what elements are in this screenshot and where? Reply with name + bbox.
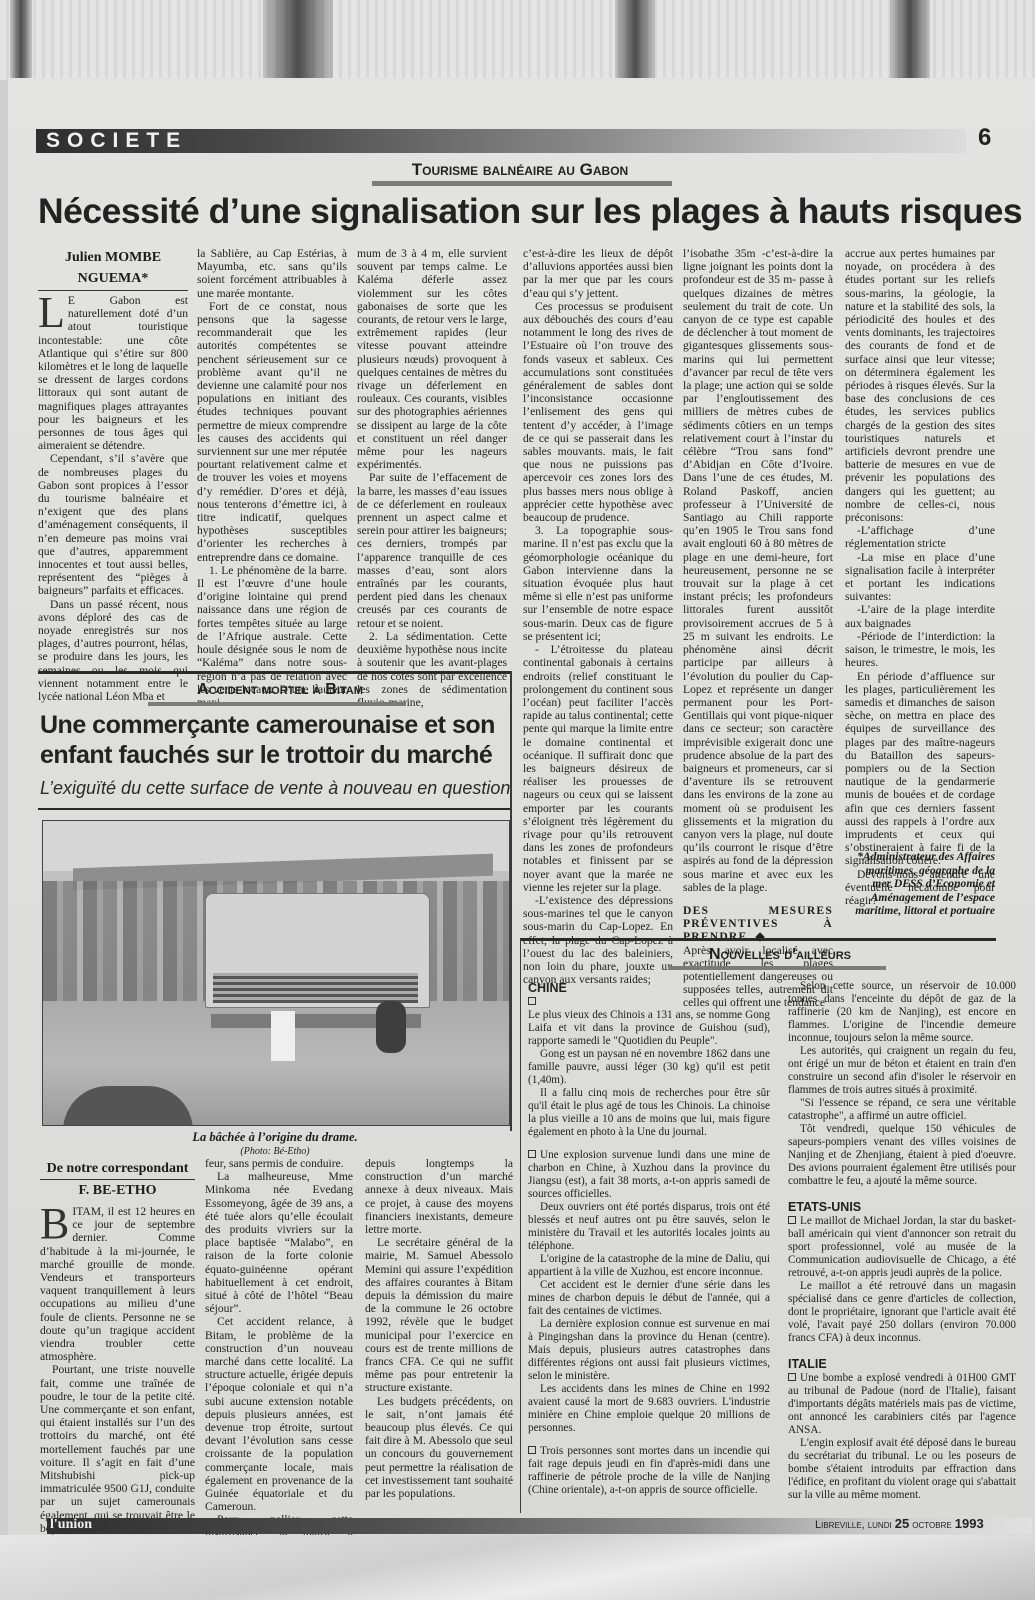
kicker-underline [148, 702, 406, 706]
article2-author: F. BE-ETHO [40, 1180, 195, 1201]
article2-column-2: feur, sans permis de conduire. La malheu… [205, 1157, 353, 1512]
paragraph: Fort de ce constat, nous pensons que la … [197, 300, 347, 564]
scan-stripe [263, 0, 333, 78]
paragraph: l’isobathe 35m -c’est-à-dire la ligne jo… [683, 247, 833, 894]
date-day-number: 25 [895, 1516, 909, 1531]
page-number: 6 [978, 124, 991, 152]
photo-top-rule [38, 808, 510, 810]
article1-column-1: LE Gabon est naturellement doté d’un ato… [38, 294, 188, 659]
article1-column-2: la Sablière, au Cap Estérias, à Mayumba,… [197, 247, 347, 662]
article1-column-5: l’isobathe 35m -c’est-à-dire la ligne jo… [683, 247, 833, 937]
paragraph: -La mise en place d’une signalisation fa… [845, 551, 995, 604]
paragraph: La malheureuse, Mme Minkoma née Evedang … [205, 1170, 353, 1315]
paragraph: LE Gabon est naturellement doté d’un ato… [38, 294, 188, 452]
article2-headline: Une commerçante camerounaise et son enfa… [40, 710, 495, 770]
issue-date: Libreville, lundi 25 octobre 1993 [815, 1516, 984, 1531]
checkbox-bullet-icon [528, 1150, 536, 1158]
paragraph: Le plus vieux des Chinois a 131 ans, se … [528, 1009, 770, 1048]
paragraph: 3. La topographie sous-marine. Il n’est … [523, 524, 673, 643]
article2-subheadline: L’exiguïté du cette surface de vente à n… [40, 778, 510, 799]
paragraph-text: Trois personnes sont mortes dans un ince… [528, 1445, 770, 1496]
news-country-usa: ETATS-UNIS [788, 1200, 1016, 1215]
news-item: Le maillot de Michael Jordan, la star du… [788, 1215, 1016, 1280]
paragraph: mum de 3 à 4 m, elle survient souvent pa… [357, 247, 507, 471]
date-year: 1993 [955, 1516, 984, 1531]
news-item: Une bombe a explosé vendredi à 01H00 GMT… [788, 1372, 1016, 1437]
paragraph: -Période de l’interdiction: la saison, l… [845, 630, 995, 670]
paragraph: L'engin explosif avait été déposé dans l… [788, 1437, 1016, 1502]
paragraph: accrue aux pertes humaines par noyade, o… [845, 247, 995, 524]
checkbox-bullet-icon [528, 997, 536, 1005]
news-column-1: CHINE Le plus vieux des Chinois a 131 an… [528, 975, 770, 1515]
checkbox-bullet-icon [788, 1373, 796, 1381]
paragraph: La dernière explosion connue est survenu… [528, 1318, 770, 1383]
paragraph: Le maillot a été retrouvé dans un magasi… [788, 1280, 1016, 1345]
paragraph: feur, sans permis de conduire. [205, 1157, 353, 1170]
paragraph: "Si l'essence se répand, ce sera une vér… [788, 1097, 1016, 1123]
paragraph: Cet accident relance, à Bitam, le problè… [205, 1315, 353, 1513]
photo-credit: (Photo: Bé-Etho) [180, 1146, 370, 1157]
paragraph: Cependant, s’il s’avère que de nombreuse… [38, 452, 188, 597]
photo-caption: La bâchée à l’origine du drame. [150, 1130, 400, 1145]
section-title: SOCIETE [46, 129, 187, 153]
paragraph: En période d’affluence sur les plages, p… [845, 670, 995, 868]
paragraph: Ces processus se produisent aux débouché… [523, 300, 673, 524]
paragraph: Le secrétaire général de la mairie, M. S… [365, 1236, 513, 1394]
byline-line-1: De notre correspondant [40, 1158, 195, 1179]
checkbox-bullet-icon [788, 1216, 796, 1224]
paragraph: Les accidents dans les mines de Chine en… [528, 1383, 770, 1435]
scan-stripe [10, 0, 32, 78]
paragraph-text: Une explosion survenue lundi dans une mi… [528, 1149, 770, 1200]
scanner-backdrop-bottom [0, 1535, 1035, 1600]
kicker-underline [372, 181, 672, 186]
kicker-underline [668, 966, 886, 970]
article2-column-1: BITAM, il est 12 heures en ce jour de se… [40, 1205, 195, 1510]
photo-debris [63, 1086, 193, 1126]
news-item: Trois personnes sont mortes dans un ince… [528, 1445, 770, 1497]
paragraph: c’est-à-dire les lieux de dépôt d’alluvi… [523, 247, 673, 300]
paragraph: -L’affichage d’une réglementation strict… [845, 524, 995, 550]
paragraph: depuis longtemps la construction d’un ma… [365, 1157, 513, 1236]
photo-truck-wheel [376, 1001, 406, 1053]
paragraph-text: Une bombe a explosé vendredi à 01H00 GMT… [788, 1372, 1016, 1436]
paragraph: la Sablière, au Cap Estérias, à Mayumba,… [197, 247, 347, 300]
paragraph: Gong est un paysan né en novembre 1862 d… [528, 1048, 770, 1087]
article2-column-3: depuis longtemps la construction d’un ma… [365, 1157, 513, 1512]
date-place-day: Libreville, lundi [815, 1519, 892, 1531]
paragraph: Selon cette source, un réservoir de 10.0… [788, 980, 1016, 1045]
scan-stripe [615, 0, 655, 78]
scanner-backdrop-top [0, 0, 1035, 80]
date-month: octobre [912, 1519, 951, 1531]
paragraph-text: Le maillot de Michael Jordan, la star du… [788, 1215, 1016, 1279]
news-kicker: Nouvelles d'ailleurs [650, 946, 910, 964]
paragraph: Cet accident est le dernier d'une série … [528, 1279, 770, 1318]
article1-author: Julien MOMBE NGUEMA* [38, 247, 188, 289]
paragraph: - L’étroitesse du plateau continental ga… [523, 643, 673, 894]
news-item: Une explosion survenue lundi dans une mi… [528, 1149, 770, 1201]
paragraph: Tôt vendredi, quelque 150 véhicules de s… [788, 1123, 1016, 1188]
news-left-rule [520, 938, 521, 1513]
author-first-line: Julien MOMBE [38, 247, 188, 268]
paragraph: Deux ouvriers ont été portés disparus, t… [528, 1201, 770, 1253]
photo-truck-grille [213, 973, 418, 1003]
article2-byline: De notre correspondant [40, 1158, 195, 1179]
headline-line-1: Une commerçante camerounaise et son [40, 710, 495, 740]
news-item [528, 996, 770, 1009]
article1-column-4: c’est-à-dire les lieux de dépôt d’alluvi… [523, 247, 673, 937]
paragraph: -L’aire de la plage interdite aux baigna… [845, 603, 995, 629]
article1-headline: Nécessité d’une signalisation sur les pl… [38, 188, 1022, 234]
news-country-italy: ITALIE [788, 1357, 1016, 1372]
article1-column-6: accrue aux pertes humaines par noyade, o… [845, 247, 995, 827]
paragraph: Les budgets précédents, on le sait, n’on… [365, 1395, 513, 1501]
drop-cap: B [40, 1206, 69, 1242]
author-second-line: NGUEMA* [38, 268, 188, 289]
article2-right-rule [510, 671, 512, 1131]
article2-kicker: Accident mortel à Bitam [140, 681, 420, 699]
drop-cap: L [38, 295, 65, 331]
author-signature: *Administrateur des Affaires maritimes, … [855, 850, 995, 918]
paragraph: Pourtant, une triste nouvelle fait, comm… [40, 1363, 195, 1535]
newspaper-logo: l'union [50, 1517, 92, 1533]
paragraph: Par suite de l’effacement de la barre, l… [357, 471, 507, 629]
paragraph: L'origine de la catastrophe de la mine d… [528, 1253, 770, 1279]
news-country-china: CHINE [528, 981, 770, 996]
article1-column-3: mum de 3 à 4 m, elle survient souvent pa… [357, 247, 507, 662]
headline-line-2: enfant fauchés sur le trottoir du marché [40, 740, 495, 770]
photo-pickup-truck-crowd-icon [42, 820, 510, 1126]
photo-cloth [271, 1011, 295, 1061]
paragraph: BITAM, il est 12 heures en ce jour de se… [40, 1205, 195, 1363]
checkbox-bullet-icon [528, 1446, 536, 1454]
scan-stripe [890, 0, 930, 78]
news-top-rule [520, 938, 996, 941]
article1-kicker: Tourisme balnéaire au Gabon [330, 160, 710, 180]
paragraph: Les autorités, qui craignent un regain d… [788, 1045, 1016, 1097]
news-column-2: Selon cette source, un réservoir de 10.0… [788, 980, 1016, 1520]
article2-top-rule [38, 671, 510, 674]
paragraph: Il a fallu cinq mois de recherches pour … [528, 1087, 770, 1139]
